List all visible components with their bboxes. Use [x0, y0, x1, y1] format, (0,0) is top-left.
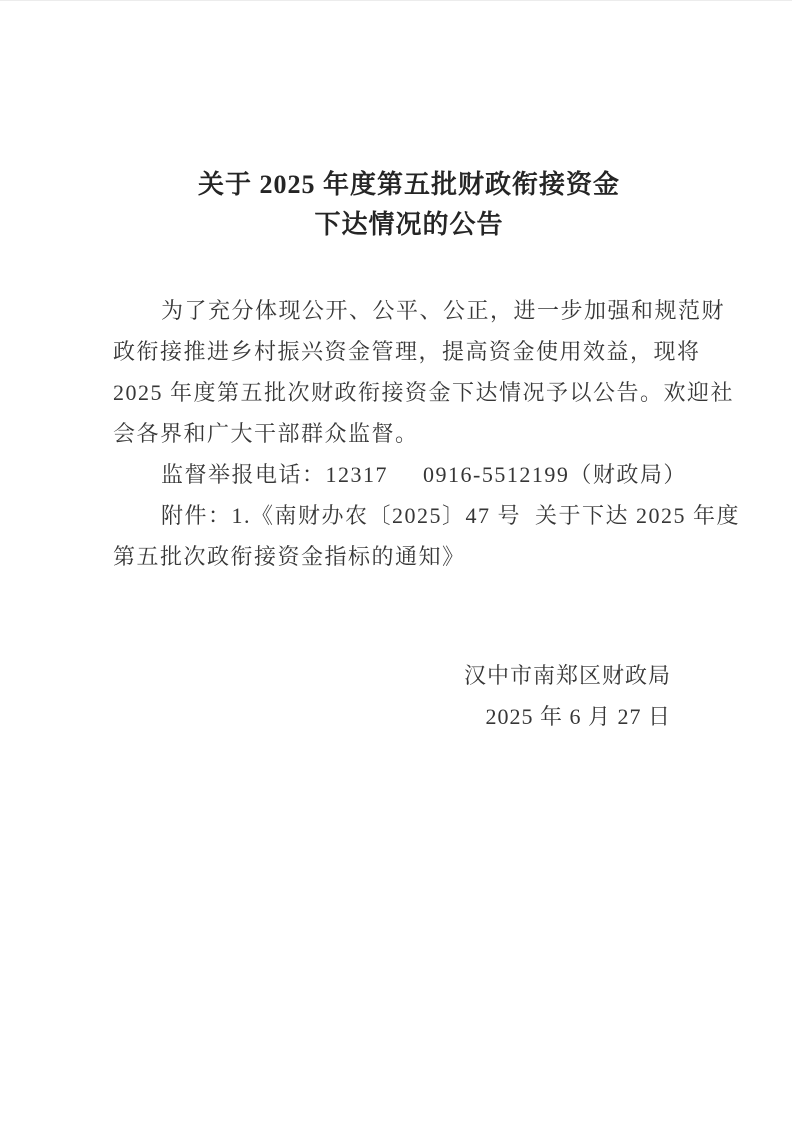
body-paragraph-line: 政衔接推进乡村振兴资金管理，提高资金使用效益，现将 [113, 331, 677, 372]
issuing-authority: 汉中市南郑区财政局 [113, 655, 671, 696]
document-body: 为了充分体现公开、公平、公正，进一步加强和规范财 政衔接推进乡村振兴资金管理，提… [113, 290, 677, 577]
document-title-line-2: 下达情况的公告 [141, 205, 677, 245]
document-page: 关于 2025 年度第五批财政衔接资金 下达情况的公告 为了充分体现公开、公平、… [0, 0, 792, 1121]
supervision-hotline-line: 监督举报电话：12317 0916-5512199（财政局） [113, 454, 677, 495]
signature-block: 汉中市南郑区财政局 2025 年 6 月 27 日 [113, 655, 677, 737]
document-title-line-1: 关于 2025 年度第五批财政衔接资金 [141, 165, 677, 205]
attachment-reference-line: 第五批次政衔接资金指标的通知》 [113, 536, 677, 577]
document-title: 关于 2025 年度第五批财政衔接资金 下达情况的公告 [141, 165, 677, 245]
body-paragraph-line: 2025 年度第五批次财政衔接资金下达情况予以公告。欢迎社 [113, 372, 677, 413]
attachment-reference-line: 附件：1.《南财办农〔2025〕47 号 关于下达 2025 年度 [113, 495, 677, 536]
body-paragraph-line: 为了充分体现公开、公平、公正，进一步加强和规范财 [113, 290, 677, 331]
issue-date: 2025 年 6 月 27 日 [113, 696, 671, 737]
body-paragraph-line: 会各界和广大干部群众监督。 [113, 413, 677, 454]
